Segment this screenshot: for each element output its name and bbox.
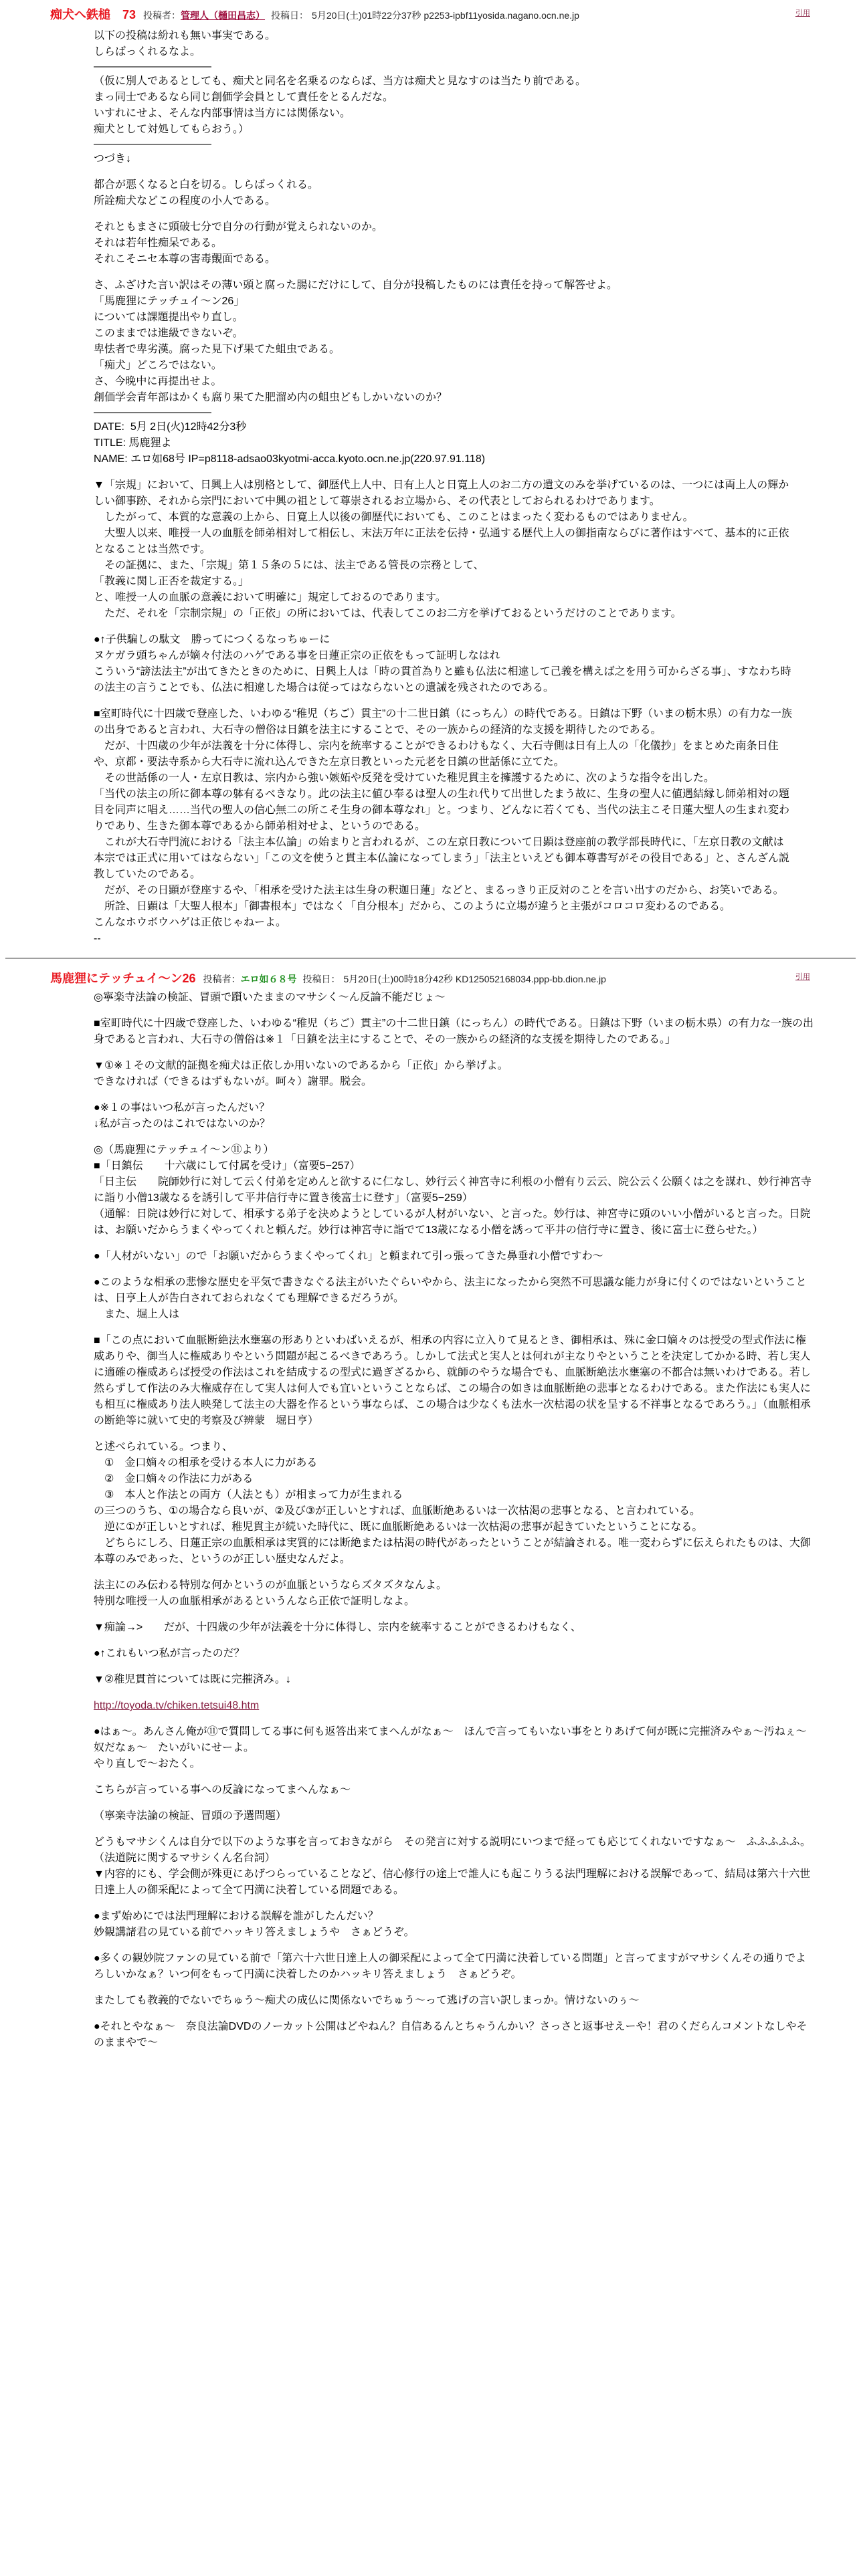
- paragraph: ◎（馬鹿狸にテッチュイ〜ン⑪より）■「日鎮伝 十六歳にして付属を受け」（富要5−…: [94, 1142, 815, 1239]
- paragraph: ▼②稚児貫首については既に完摧済み。↓: [94, 1672, 815, 1688]
- body-line: このままでは進級できないぞ。: [94, 326, 793, 342]
- paragraph: ■室町時代に十四歳で登座した、いわゆる“稚児（ちご）貫主”の十二世日鎮（にっちん…: [94, 706, 793, 947]
- body-link[interactable]: http://toyoda.tv/chiken.tetsui48.htm: [94, 1700, 259, 1711]
- quote-button[interactable]: 引用: [795, 972, 810, 982]
- paragraph: ■室町時代に十四歳で登座した、いわゆる“稚児（ちご）貫主”の十二世日鎮（にっちん…: [94, 1016, 815, 1048]
- body-line: ③ 本人と作法との両方（人法とも）が相まって力が生まれる: [94, 1487, 815, 1503]
- body-line: やり直しで〜おたく。: [94, 1756, 815, 1772]
- paragraph: どうもマサシくんは自分で以下のような事を言っておきながら その発言に対する説明に…: [94, 1834, 815, 1899]
- text-rule-line: ―――――――――――: [94, 138, 793, 151]
- paragraph: と述べられている。つまり、 ① 金口嫡々の相承を受ける本人に力がある ② 金口嫡…: [94, 1439, 815, 1568]
- body-line: 所詮痴犬などこの程度の小人である。: [94, 193, 793, 209]
- body-line: その証拠に、また、「宗規」第１５条の５には、法主である管長の宗務として、: [94, 558, 793, 574]
- post-header: 痴犬へ鉄槌 73投稿者：管理人（樋田昌志）投稿日：5月20日(土)01時22分3…: [0, 6, 859, 23]
- date-label: 投稿日：: [302, 974, 340, 984]
- body-line: ■室町時代に十四歳で登座した、いわゆる“稚児（ちご）貫主”の十二世日鎮（にっちん…: [94, 1016, 815, 1048]
- poster-name: エロ如６８号: [240, 974, 296, 984]
- body-line: どちらにしろ、日蓮正宗の血脈相承は実質的には断絶または枯渇の時代があったというこ…: [94, 1535, 815, 1568]
- paragraph: さ、ふざけた言い訳はその薄い頭と腐った腸にだけにして、自分が投稿したものには責任…: [94, 278, 793, 467]
- body-line: ▼②稚児貫首については既に完摧済み。↓: [94, 1672, 815, 1688]
- body-line: 逆に①が正しいとすれば、稚児貫主が続いた時代に、既に血脈断絶あるいは一次枯渇の悲…: [94, 1519, 815, 1535]
- quote-button[interactable]: 引用: [795, 9, 810, 18]
- paragraph: ●「人材がいない」ので「お願いだからうまくやってくれ」と頼まれて引っ張ってきた鼻…: [94, 1249, 815, 1265]
- text-rule-line: ―――――――――――: [94, 406, 793, 419]
- paragraph: http://toyoda.tv/chiken.tetsui48.htm: [94, 1698, 815, 1714]
- body-line: さ、ふざけた言い訳はその薄い頭と腐った腸にだけにして、自分が投稿したものには責任…: [94, 278, 793, 294]
- body-line: （仮に別人であるとしても、痴犬と同名を名乗るのならば、当方は痴犬と見なすのは当た…: [94, 74, 793, 90]
- body-line: ◎（馬鹿狸にテッチュイ〜ン⑪より）: [94, 1142, 815, 1158]
- body-line: ② 金口嫡々の作法に力がある: [94, 1471, 815, 1487]
- body-line: ■「日鎮伝 十六歳にして付属を受け」（富要5−257）: [94, 1158, 815, 1174]
- body-line: どうもマサシくんは自分で以下のような事を言っておきながら その発言に対する説明に…: [94, 1834, 815, 1850]
- body-line: については課題提出やり直し。: [94, 310, 793, 326]
- body-line: 特別な唯授一人の血脈相承があるというんなら正依で証明しなよ。: [94, 1594, 815, 1610]
- post-divider: [5, 958, 856, 959]
- body-line: 「日主伝 院師妙行に対して云く付弟を定めんと欲するに仁なし、妙行云く神宮寺に利根…: [94, 1174, 815, 1206]
- body-line: それともまさに頭破七分で自分の行動が覚えられないのか。: [94, 219, 793, 235]
- paragraph: またしても教義的でないでちゅう〜痴犬の成仏に関係ないでちゅう〜って逃げの言い訳し…: [94, 1993, 815, 2009]
- poster-label: 投稿者：: [143, 10, 181, 21]
- body-line: ●↑これもいつ私が言ったのだ？: [94, 1646, 815, 1662]
- body-line: NAME: エロ如68号 IP=p8118-adsao03kyotmi-acca…: [94, 451, 793, 467]
- body-line: しらばっくれるなよ。: [94, 44, 793, 60]
- body-line: 「教義に関し正否を裁定する。」: [94, 574, 793, 590]
- body-line: ●「人材がいない」ので「お願いだからうまくやってくれ」と頼まれて引っ張ってきた鼻…: [94, 1249, 815, 1265]
- body-line: ただ、それを「宗制宗規」の「正依」の所においては、代表してこのお二方を挙げておる…: [94, 606, 793, 622]
- paragraph: ●↑子供騙しの駄文 勝ってにつくるなっちゅーにヌケガラ頭ちゃんが嫡々付法のハゲで…: [94, 632, 793, 696]
- body-line: 痴犬として対処してもらおう。）: [94, 122, 793, 138]
- body-line: ●このような相承の悲惨な歴史を平気で書きなぐる法主がいたぐらいやから、法主になっ…: [94, 1275, 815, 1307]
- body-line: ●それとやなぁ〜 奈良法論DVDのノーカット公開はどやねん？自信あるんとちゃうん…: [94, 2019, 815, 2051]
- body-line: ■「この点において血脈断絶法水壅塞の形ありといわばいえるが、相承の内容に立入りて…: [94, 1333, 815, 1429]
- post-body: 以下の投稿は紛れも無い事実である。しらばっくれるなよ。―――――――――――（仮…: [94, 28, 793, 947]
- paragraph: ●※１の事はいつ私が言ったんだい？↓私が言ったのはこれではないのか？: [94, 1100, 815, 1132]
- paragraph: ▼①※１その文献的証拠を痴犬は正依しか用いないのであるから「正依」から挙げよ。で…: [94, 1058, 815, 1090]
- body-line: と述べられている。つまり、: [94, 1439, 815, 1455]
- paragraph: ▼痴論→> だが、十四歳の少年が法義を十分に体得し、宗内を統率することができるわ…: [94, 1620, 815, 1636]
- post-header: 馬鹿狸にテッチュイ〜ン26投稿者：エロ如６８号投稿日：5月20日(土)00時18…: [0, 970, 859, 987]
- post-title: 馬鹿狸にテッチュイ〜ン26: [50, 972, 195, 985]
- body-line: つづき↓: [94, 151, 793, 167]
- paragraph: 以下の投稿は紛れも無い事実である。しらばっくれるなよ。―――――――――――（仮…: [94, 28, 793, 167]
- body-line: ▼痴論→> だが、十四歳の少年が法義を十分に体得し、宗内を統率することができるわ…: [94, 1620, 815, 1636]
- post-date: 5月20日(土)01時22分37秒: [312, 10, 421, 21]
- body-line: （法道院に関するマサシくん名台詞）: [94, 1850, 815, 1866]
- body-line: 大聖人以来、唯授一人の血脈を師弟相対して相伝し、末法万年に正法を伝持・弘通する歴…: [94, 526, 793, 558]
- body-line: またしても教義的でないでちゅう〜痴犬の成仏に関係ないでちゅう〜って逃げの言い訳し…: [94, 1993, 815, 2009]
- body-line: さ、今晩中に再提出せよ。: [94, 374, 793, 390]
- body-line: 「痴犬」どころではない。: [94, 358, 793, 374]
- body-line: こちらが言っている事への反論になってまへんなぁ〜: [94, 1782, 815, 1798]
- post-date: 5月20日(土)00時18分42秒: [343, 974, 452, 984]
- body-line: ●↑子供騙しの駄文 勝ってにつくるなっちゅーに: [94, 632, 793, 648]
- post-body: ◎寧楽寺法論の検証、冒頭で躓いたままのマサシく〜ん反論不能だじょ〜■室町時代に十…: [94, 990, 815, 2051]
- body-line: 都合が悪くなると白を切る。しらばっくれる。: [94, 177, 793, 193]
- text-rule-line: ―――――――――――: [94, 60, 793, 74]
- body-line: 「馬鹿狸にテッチュイ〜ン26」: [94, 294, 793, 310]
- body-line: と、唯授一人の血脈の意義において明確に」規定しておるのであります。: [94, 590, 793, 606]
- paragraph: ●このような相承の悲惨な歴史を平気で書きなぐる法主がいたぐらいやから、法主になっ…: [94, 1275, 815, 1323]
- paragraph: ●多くの観妙院ファンの見ている前で「第六十六世日達上人の御采配によって全て円満に…: [94, 1951, 815, 1983]
- body-line: ↓私が言ったのはこれではないのか？: [94, 1116, 815, 1132]
- body-line: それこそニセ本尊の害毒覿面である。: [94, 251, 793, 267]
- paragraph: （寧楽寺法論の検証、冒頭の予選問題）: [94, 1808, 815, 1824]
- body-line: こんなホウボウハゲは正依じゃねーよ。: [94, 915, 793, 931]
- body-line: 「当代の法主の所に御本尊の躰有るべきなり。此の法主に値ひ奉るは聖人の生れ代りて出…: [94, 786, 793, 835]
- body-line: （寧楽寺法論の検証、冒頭の予選問題）: [94, 1808, 815, 1824]
- body-line: また、堀上人は: [94, 1307, 815, 1323]
- paragraph: 法主にのみ伝わる特別な何かというのが血脈というならズタズタなんよ。特別な唯授一人…: [94, 1578, 815, 1610]
- paragraph: それともまさに頭破七分で自分の行動が覚えられないのか。それは若年性痴呆である。そ…: [94, 219, 793, 267]
- body-line: （通解：日院は妙行に対して、相承する弟子を決めようとしているが人材がいない、と言…: [94, 1206, 815, 1239]
- body-line: その世話係の一人・左京日教は、宗内から強い嫉妬や反発を受けていた稚児貫主を擁護す…: [94, 770, 793, 786]
- body-line: したがって、本質的な意義の上から、日寛上人以後の御歴代においても、このことはまっ…: [94, 510, 793, 526]
- poster-host: KD125052168034.ppp-bb.dion.ne.jp: [456, 974, 606, 984]
- paragraph: ▼「宗規」において、日興上人は別格として、御歴代上人中、日有上人と日寛上人のお二…: [94, 477, 793, 622]
- paragraph: こちらが言っている事への反論になってまへんなぁ〜: [94, 1782, 815, 1798]
- date-label: 投稿日：: [271, 10, 308, 21]
- body-line: 法主にのみ伝わる特別な何かというのが血脈というならズタズタなんよ。: [94, 1578, 815, 1594]
- body-line: だが、十四歳の少年が法義を十分に体得し、宗内を統率することができるわけもなく、大…: [94, 738, 793, 770]
- body-line: ■室町時代に十四歳で登座した、いわゆる“稚児（ちご）貫主”の十二世日鎮（にっちん…: [94, 706, 793, 738]
- body-line: 創価学会青年部はかくも腐り果てた肥溜め内の蛆虫どもしかいないのか？: [94, 390, 793, 406]
- body-line: ヌケガラ頭ちゃんが嫡々付法のハゲである事を日蓮正宗の正依をもって証明しなはれ: [94, 648, 793, 664]
- body-line: --: [94, 931, 793, 947]
- body-line: TITLE: 馬鹿狸よ: [94, 435, 793, 451]
- paragraph: ●それとやなぁ〜 奈良法論DVDのノーカット公開はどやねん？自信あるんとちゃうん…: [94, 2019, 815, 2051]
- body-line: こういう“謗法法主”が出てきたときのために、日興上人は「時の貫首為りと雖も仏法に…: [94, 664, 793, 696]
- post: 馬鹿狸にテッチュイ〜ン26投稿者：エロ如６８号投稿日：5月20日(土)00時18…: [0, 970, 859, 2051]
- body-line: の三つのうち、①の場合なら良いが、②及び③が正しいとすれば、血脈断絶あるいは一次…: [94, 1503, 815, 1519]
- paragraph: ■「この点において血脈断絶法水壅塞の形ありといわばいえるが、相承の内容に立入りて…: [94, 1333, 815, 1429]
- paragraph: ●まず始めにでは法門理解における誤解を誰がしたんだい？妙観講諸君の見ている前でハ…: [94, 1909, 815, 1941]
- body-line: それは若年性痴呆である。: [94, 235, 793, 251]
- body-line: 卑怯者で卑劣漢。腐った見下げ果てた蛆虫である。: [94, 342, 793, 358]
- paragraph: ●↑これもいつ私が言ったのだ？: [94, 1646, 815, 1662]
- post-title: 痴犬へ鉄槌 73: [50, 8, 136, 21]
- body-line: ●まず始めにでは法門理解における誤解を誰がしたんだい？: [94, 1909, 815, 1925]
- body-line: ●※１の事はいつ私が言ったんだい？: [94, 1100, 815, 1116]
- post: 痴犬へ鉄槌 73投稿者：管理人（樋田昌志）投稿日：5月20日(土)01時22分3…: [0, 0, 859, 947]
- body-line: 所詮、日顕は「大聖人根本」「御書根本」ではなく「自分根本」だから、このように立場…: [94, 899, 793, 915]
- body-line: まっ同士であるなら同じ創価学会員として責任をとるんだな。: [94, 90, 793, 106]
- body-line: できなければ（できるはずもないが。呵々）謝罪。脱会。: [94, 1074, 815, 1090]
- body-line: ◎寧楽寺法論の検証、冒頭で躓いたままのマサシく〜ん反論不能だじょ〜: [94, 990, 815, 1006]
- body-link-line: http://toyoda.tv/chiken.tetsui48.htm: [94, 1698, 815, 1714]
- paragraph: ●はぁ〜。あんさん俺が⑪で質問してる事に何も返答出来てまへんがなぁ〜 ほんで言っ…: [94, 1724, 815, 1772]
- body-line: ① 金口嫡々の相承を受ける本人に力がある: [94, 1455, 815, 1471]
- paragraph: 都合が悪くなると白を切る。しらばっくれる。所詮痴犬などこの程度の小人である。: [94, 177, 793, 209]
- poster-host: p2253-ipbf11yosida.nagano.ocn.ne.jp: [423, 10, 579, 21]
- body-line: 以下の投稿は紛れも無い事実である。: [94, 28, 793, 44]
- body-line: ▼「宗規」において、日興上人は別格として、御歴代上人中、日有上人と日寛上人のお二…: [94, 477, 793, 510]
- paragraph: ◎寧楽寺法論の検証、冒頭で躓いたままのマサシく〜ん反論不能だじょ〜: [94, 990, 815, 1006]
- poster-name-link[interactable]: 管理人（樋田昌志）: [181, 10, 265, 21]
- body-line: ▼①※１その文献的証拠を痴犬は正依しか用いないのであるから「正依」から挙げよ。: [94, 1058, 815, 1074]
- body-line: DATE: 5月 2日(火)12時42分3秒: [94, 419, 793, 435]
- body-line: これが大石寺門流における「法主本仏論」の始まりと言われるが、この左京日教について…: [94, 835, 793, 883]
- body-line: ●はぁ〜。あんさん俺が⑪で質問してる事に何も返答出来てまへんがなぁ〜 ほんで言っ…: [94, 1724, 815, 1756]
- body-line: いすれにせよ、そんな内部事情は当方には関係ない。: [94, 106, 793, 122]
- body-line: ▼内容的にも、学会側が殊更にあげつらっていることなど、信心修行の途上で誰人にも起…: [94, 1866, 815, 1899]
- poster-label: 投稿者：: [203, 974, 240, 984]
- body-line: ●多くの観妙院ファンの見ている前で「第六十六世日達上人の御采配によって全て円満に…: [94, 1951, 815, 1983]
- body-line: 妙観講諸君の見ている前でハッキリ答えましょうや さぁどうぞ。: [94, 1925, 815, 1941]
- body-line: だが、その日顕が登座するや、「相承を受けた法主は生身の釈迦日蓮」などと、まるっき…: [94, 883, 793, 899]
